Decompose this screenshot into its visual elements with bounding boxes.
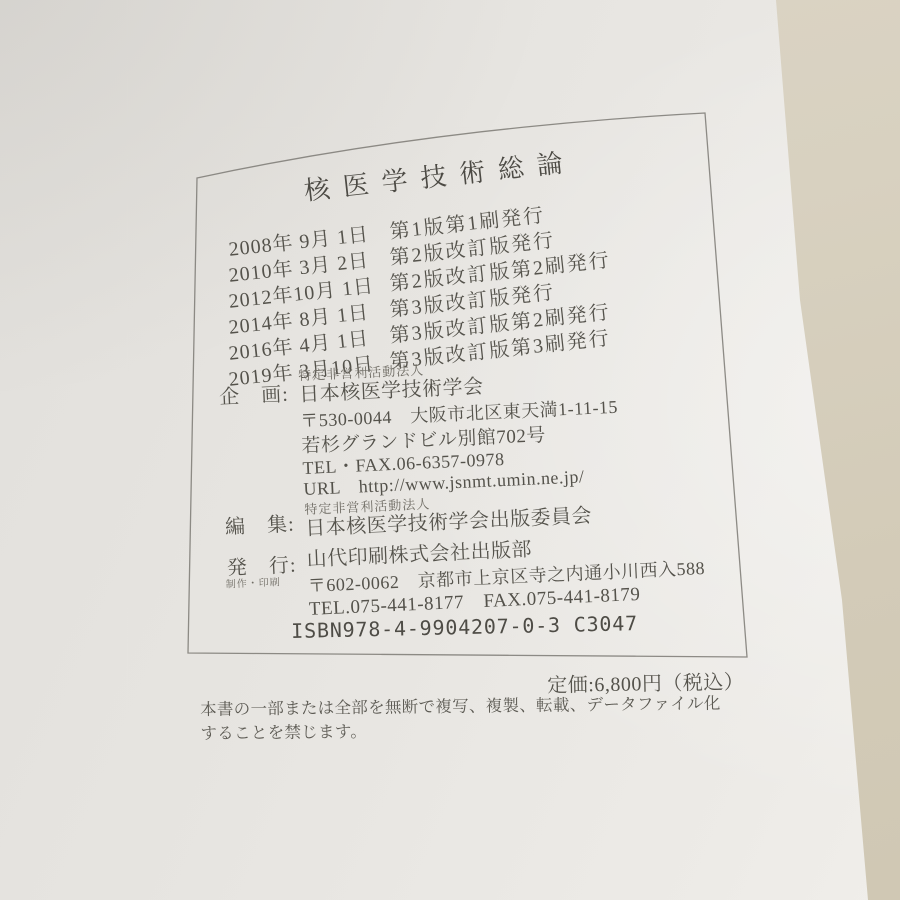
publication-info-block: 企 画: 特定非営利活動法人 日本核医学技術学会 〒530-0044 大阪市北区…: [214, 346, 765, 625]
copyright-notice: 本書の一部または全部を無断で複写、複製、転載、データファイル化 することを禁じま…: [200, 692, 721, 745]
editing-label: 編 集:: [224, 508, 295, 540]
colophon-page-content: 核医学技術総論 2008年 9月 1日 第1版第1刷発行 2010年 3月 2日…: [0, 0, 900, 900]
publishing-sublabel: 制作・印刷: [225, 573, 281, 590]
planning-label: 企 画:: [218, 378, 289, 410]
planning-section: 企 画: 特定非営利活動法人 日本核医学技術学会 〒530-0044 大阪市北区…: [214, 349, 759, 504]
book-page: 核医学技術総論 2008年 9月 1日 第1版第1刷発行 2010年 3月 2日…: [0, 0, 900, 900]
